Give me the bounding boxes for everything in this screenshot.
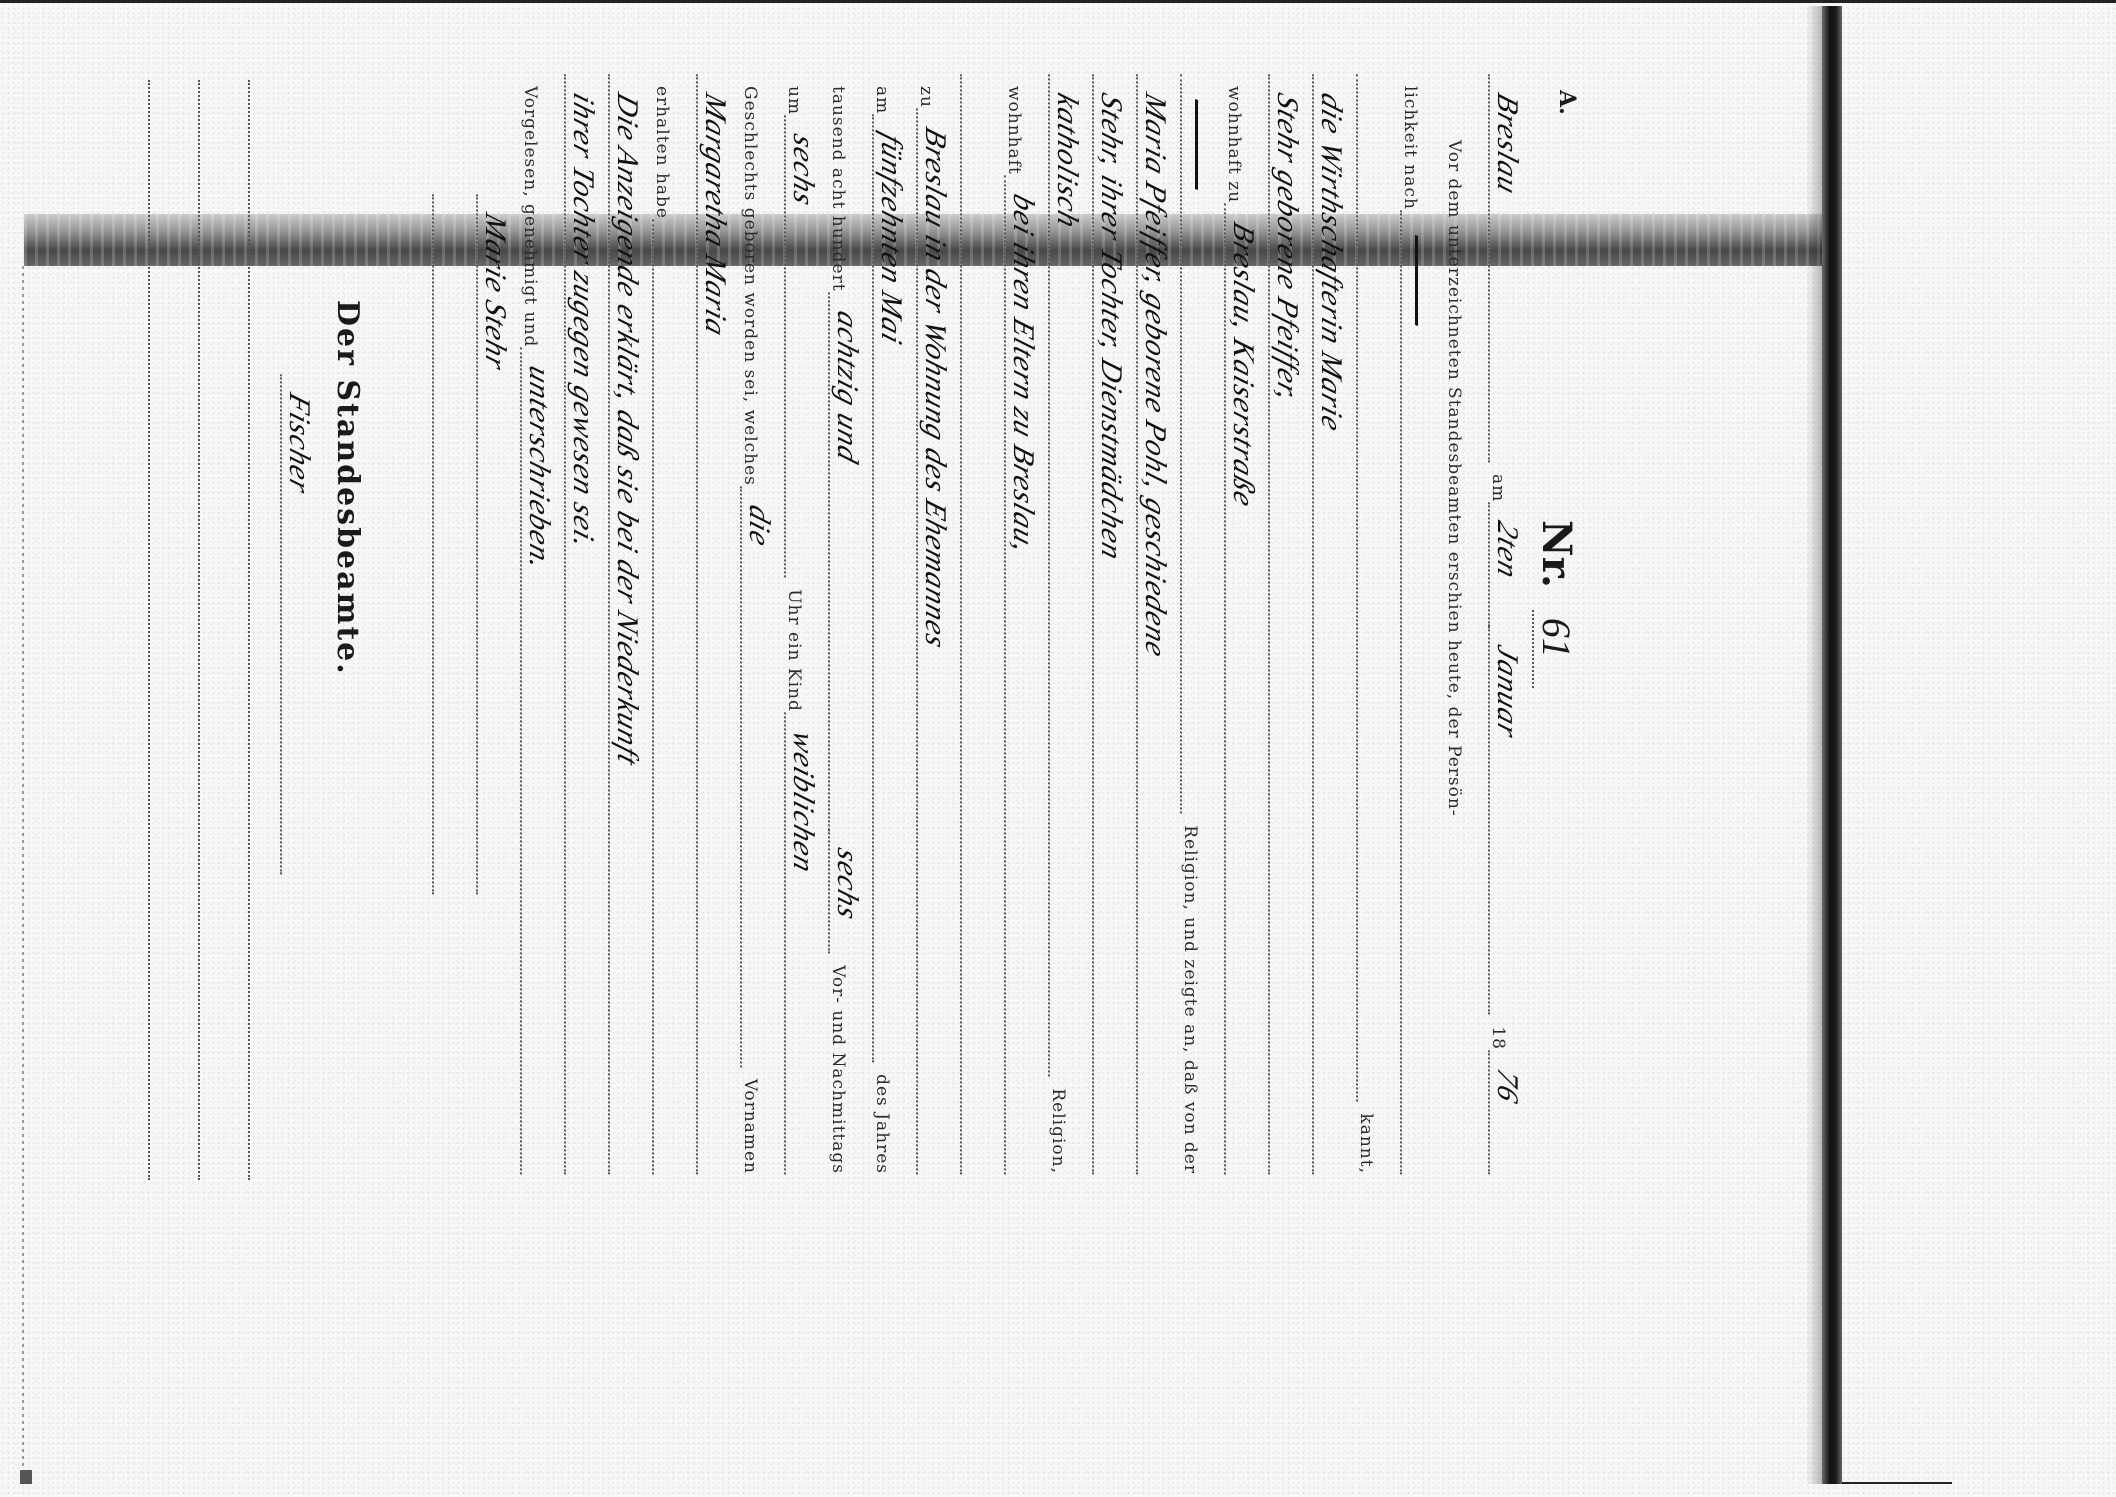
dash-stroke [1415,235,1418,326]
birth-year-field: achtzig und [828,292,864,841]
informant-signature: Marie Stehr [476,194,512,906]
birth-time-line: um sechs Uhr ein Kind weiblichen [784,80,824,1180]
mother-residence-label: wohnhaft [1004,80,1024,181]
informant-signature-line: Marie Stehr [476,200,516,900]
read-label: Vorgelesen, genehmigt und [520,80,540,353]
note-line-2: ihrer Tochter zugegen gewesen sei. [564,80,604,1180]
note-field-1: Die Anzeigende erklärt, daß sie bei der … [608,74,644,1186]
read-line: Vorgelesen, genehmigt und unterschrieben… [520,80,560,1180]
scanned-page: A. Nr. 61 Breslau am 2ten Januar 18 76 V… [0,0,2116,1497]
known-field [1356,74,1392,1113]
blank-signature-line [432,200,472,900]
residence-label: wohnhaft zu [1224,80,1244,209]
intro-line: Vor dem unterzeichneten Standesbeamten e… [1444,80,1484,1180]
received-label: erhalten habe [652,80,672,225]
ampm-label: Vor- und Nachmittags [828,959,848,1180]
blank-line [960,80,1000,1180]
received-line: erhalten habe [652,80,692,1180]
binding-band-vertical [1822,6,1842,1484]
note-field-2: ihrer Tochter zugegen gewesen sei. [564,74,600,1186]
blank-signature-field [432,194,468,906]
birth-year-line: tausend acht hundert achtzig und sechs V… [828,80,868,1180]
child-label: Uhr ein Kind [784,583,804,718]
given-names-field: Margaretha Maria [696,74,732,1186]
birth-year-label: des Jahres [872,1068,892,1180]
birth-place-line: zu Breslau in der Wohnung des Ehemannes [916,80,956,1180]
birth-place-field: Breslau in der Wohnung des Ehemannes [916,108,952,1186]
registrar-signature: Fischer [280,374,316,886]
names-line: Margaretha Maria [696,80,736,1180]
mother-religion-label: Religion, [1048,1082,1068,1180]
residence-line: wohnhaft zu Breslau, Kaiserstraße [1224,80,1264,1180]
blank-field [960,74,996,1186]
sex-label: Geschlechts geboren worden sei, welches [740,80,760,492]
religion-label: Religion, und zeigte an, daß von der [1180,819,1200,1180]
footer-rule-1 [248,80,250,1180]
read-field: unterschrieben. [520,348,556,1186]
corner-mark [20,1470,32,1484]
sex-field: die [740,486,776,1078]
informant-line-2: Stehr geborene Pfeiffer, [1268,80,1308,1180]
place-field: Breslau [1488,74,1524,474]
known-label: kannt, [1356,1107,1376,1180]
mother-field-2: Stehr, ihrer Tochter, Dienstmädchen [1092,74,1128,1186]
record-number-heading: Nr. 61 [1533,520,1580,688]
identity-label: lichkeit nach [1400,80,1420,216]
footer-rule-3 [148,80,150,1180]
given-names-label: Vornamen [740,1073,760,1180]
birth-record-form: A. Nr. 61 Breslau am 2ten Januar 18 76 V… [20,80,1580,1340]
sex-line: Geschlechts geboren worden sei, welches … [740,80,780,1180]
intro-text: Vor dem unterzeichneten Standesbeamten e… [1444,80,1464,823]
scan-top-edge [0,0,2116,3]
informant-field: die Wirthschafterin Marie [1312,74,1348,1186]
time-prefix: um [784,80,804,121]
identity-line: lichkeit nach [1400,80,1440,1180]
binding-shadow [1806,6,1822,1484]
religion-line: Religion, und zeigte an, daß von der [1180,80,1220,1180]
dash-stroke [1195,99,1198,190]
residence-field: Breslau, Kaiserstraße [1224,203,1260,1185]
mother-residence-field: bei ihren Eltern zu Breslau, [1004,175,1040,1186]
footer-rule-2 [198,80,200,1180]
mother-religion-field: katholisch [1048,74,1084,1088]
birth-date-line: am fünfzehnten Mai des Jahres [872,80,912,1180]
identity-field [1400,210,1436,1186]
form-letter: A. [1554,90,1580,115]
mother-field: Maria Pfeiffer, geborene Pohl, geschiede… [1136,74,1172,1186]
thousand-label: tausend acht hundert [828,80,848,298]
informant-line: die Wirthschafterin Marie [1312,80,1352,1180]
informant-field-2: Stehr geborene Pfeiffer, [1268,74,1304,1186]
mother-residence-line: wohnhaft bei ihren Eltern zu Breslau, [1004,80,1044,1180]
mother-line-2: Stehr, ihrer Tochter, Dienstmädchen [1092,80,1132,1180]
birth-time-field: sechs [784,115,820,589]
mother-line: Maria Pfeiffer, geborene Pohl, geschiede… [1136,80,1176,1180]
scan-bottom-edge [1842,1482,1952,1484]
date-line: Breslau am 2ten Januar 18 76 [1488,80,1528,1180]
date-day-field: 2ten [1488,502,1524,638]
note-line-1: Die Anzeigende erklärt, daß sie bei der … [608,80,648,1180]
year-suffix-field: 76 [1488,1050,1524,1186]
registrar-signature-line: Fischer [280,380,320,880]
religion-field [1180,74,1216,825]
child-sex-field: weiblichen [784,712,820,1186]
date-month-field: Januar [1488,626,1524,1026]
registrar-title: Der Standesbeamte. [330,300,365,676]
received-field [652,219,688,1186]
mother-religion-line: katholisch Religion, [1048,80,1088,1180]
record-number: 61 [1532,610,1579,688]
birth-year-field-2: sechs [828,829,864,965]
record-number-label: Nr. [1533,520,1580,588]
known-line: kannt, [1356,80,1396,1180]
birth-date-field: fünfzehnten Mai [872,114,908,1074]
